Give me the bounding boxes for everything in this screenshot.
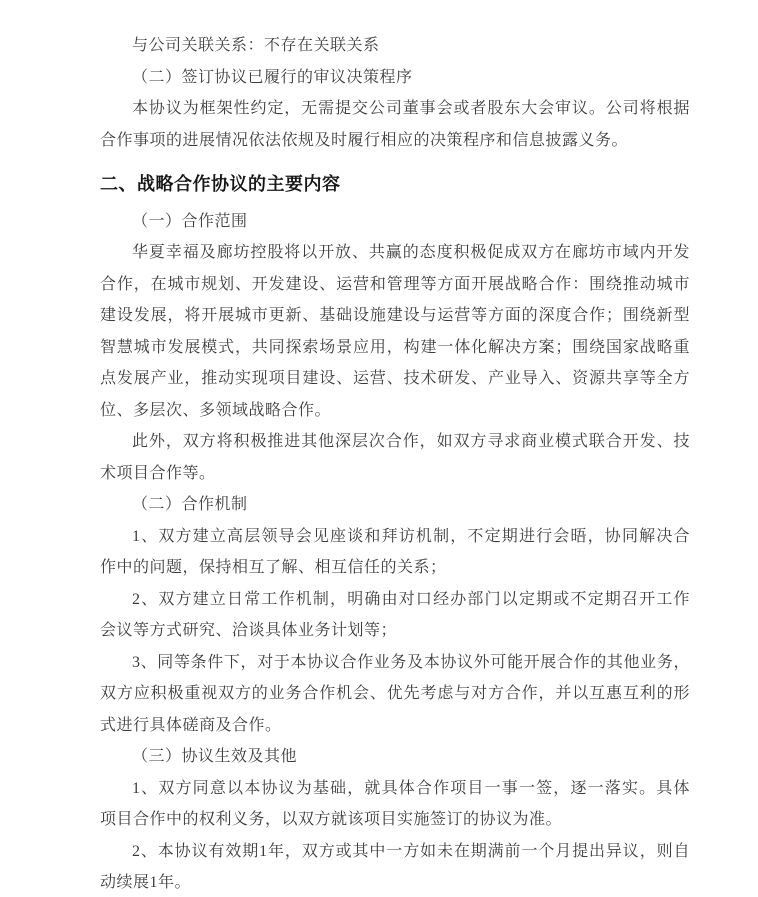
document-line: （三）协议生效及其他 (100, 741, 690, 773)
document-line: 此外，双方将积极推进其他深层次合作，如双方寻求商业模式联合开发、技 (100, 426, 690, 458)
document-line: 作中的问题，保持相互了解、相互信任的关系； (100, 552, 690, 584)
document-line: 本协议为框架性约定，无需提交公司董事会或者股东大会审议。公司将根据 (100, 93, 690, 125)
document-line: 2、双方建立日常工作机制，明确由对口经办部门以定期或不定期召开工作 (100, 584, 690, 616)
document-line: 双方应积极重视双方的业务合作机会、优先考虑与对方合作，并以互惠互利的形 (100, 678, 690, 710)
document-line: 项目合作中的权利义务，以双方就该项目实施签订的协议为准。 (100, 804, 690, 836)
document-line: （二）签订协议已履行的审议决策程序 (100, 62, 690, 94)
document-line: 位、多层次、多领域战略合作。 (100, 395, 690, 427)
document-line: 合作，在城市规划、开发建设、运营和管理等方面开展战略合作：围绕推动城市 (100, 269, 690, 301)
document-line: 智慧城市发展模式，共同探索场景应用，构建一体化解决方案；围绕国家战略重 (100, 332, 690, 364)
document-line: 华夏幸福及廊坊控股将以开放、共赢的态度积极促成双方在廊坊市域内开发 (100, 237, 690, 269)
section-heading: 二、战略合作协议的主要内容 (100, 169, 690, 201)
document-line: 2、本协议有效期1年，双方或其中一方如未在期满前一个月提出异议，则自 (100, 836, 690, 868)
document-line: 会议等方式研究、洽谈具体业务计划等； (100, 615, 690, 647)
document-background: { "page": { "background": "#ffffff", "bo… (0, 0, 758, 897)
document-line: 点发展产业，推动实现项目建设、运营、技术研发、产业导入、资源共享等全方 (100, 363, 690, 395)
document-line: （二）合作机制 (100, 489, 690, 521)
document-line: 建设发展，将开展城市更新、基础设施建设与运营等方面的深度合作；围绕新型 (100, 300, 690, 332)
document-line: 术项目合作等。 (100, 458, 690, 490)
document-line: 合作事项的进展情况依法依规及时履行相应的决策程序和信息披露义务。 (100, 125, 690, 157)
document-line: （一）合作范围 (100, 206, 690, 238)
document-line: 动续展1年。 (100, 867, 690, 897)
document-line: 1、双方建立高层领导会见座谈和拜访机制，不定期进行会晤，协同解决合 (100, 521, 690, 553)
document-line: 3、同等条件下，对于本协议合作业务及本协议外可能开展合作的其他业务， (100, 647, 690, 679)
document-line: 式进行具体磋商及合作。 (100, 710, 690, 742)
document-line: 1、双方同意以本协议为基础，就具体合作项目一事一签，逐一落实。具体 (100, 773, 690, 805)
document-line: 与公司关联关系：不存在关联关系 (100, 30, 690, 62)
document-page: 与公司关联关系：不存在关联关系（二）签订协议已履行的审议决策程序本协议为框架性约… (100, 30, 690, 897)
